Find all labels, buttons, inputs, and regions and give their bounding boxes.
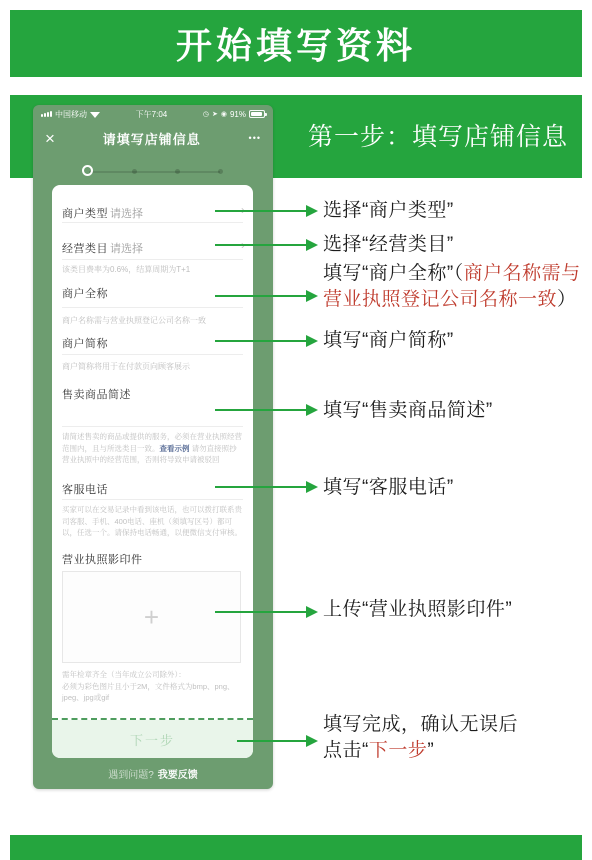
annotation-arrow-merchant-full-name [215, 295, 306, 297]
divider [62, 307, 243, 308]
progress-line [89, 171, 220, 173]
page-title: 开始填写资料 [176, 18, 416, 69]
annotation-red-text: 下一步 [369, 740, 428, 761]
license-copy-label: 营业执照影印件 [62, 551, 143, 567]
status-bar: 中国移动 下午7:04 ◷ ➤ ◉ 91% [33, 105, 273, 123]
close-icon[interactable]: × [45, 130, 55, 147]
store-info-form-card: 商户类型 请选择 › 经营类目 请选择 › 该类目费率为0.6%，结算周期为T+… [52, 185, 253, 758]
annotation-arrow-merchant-short-name [215, 340, 306, 342]
step-label: 第一步：填写店铺信息 [308, 117, 568, 153]
feedback-link[interactable]: 我要反馈 [158, 770, 198, 781]
plus-icon: + [144, 604, 159, 630]
wifi-icon [90, 112, 100, 118]
annotation-arrow-service-phone [215, 486, 306, 488]
merchant-full-name-label: 商户全称 [62, 285, 108, 301]
annotation-license-copy: 上传“营业执照影印件” [323, 597, 512, 623]
tutorial-page: 开始填写资料 第一步：填写店铺信息 中国移动 下午7:04 ◷ ➤ ◉ 91% … [0, 0, 592, 860]
divider [62, 222, 243, 223]
progress-step-current [82, 165, 93, 176]
merchant-type-select[interactable]: 请选择 [110, 205, 143, 221]
service-phone-label: 客服电话 [62, 481, 108, 497]
top-banner: 开始填写资料 [10, 10, 582, 77]
merchant-type-label: 商户类型 [62, 205, 108, 221]
progress-step-dot [175, 169, 180, 174]
signal-bars-icon [41, 111, 52, 117]
annotation-service-phone: 填写“客服电话” [323, 475, 454, 501]
alarm-icon: ◷ [203, 110, 209, 118]
annotation-arrow-business-category [215, 244, 306, 246]
view-example-link[interactable]: 查看示例 [160, 444, 190, 453]
annotation-next-step: 填写完成，确认无误后点击“下一步” [323, 712, 587, 764]
category-rate-hint: 该类目费率为0.6%，结算周期为T+1 [62, 264, 243, 275]
divider [62, 426, 243, 427]
license-upload-box[interactable]: + [62, 571, 241, 663]
battery-icon [249, 110, 265, 118]
more-icon[interactable]: ••• [249, 133, 261, 143]
annotation-arrow-merchant-type [215, 210, 306, 212]
feedback-row: 遇到问题?我要反馈 [33, 766, 273, 781]
feedback-prefix: 遇到问题? [108, 770, 154, 781]
annotation-merchant-short-name: 填写“商户简称” [323, 328, 454, 354]
nav-bar: × 请填写店铺信息 ••• [33, 123, 273, 153]
progress-step-dot [218, 169, 223, 174]
divider [62, 354, 243, 355]
divider [62, 499, 243, 500]
annotation-arrow-license-copy [215, 611, 306, 613]
annotation-arrow-next-step [237, 740, 306, 742]
carrier-label: 中国移动 [55, 109, 87, 120]
annotation-goods-description: 填写“售卖商品简述” [323, 398, 493, 424]
bottom-banner [10, 835, 582, 860]
progress-step-dot [132, 169, 137, 174]
business-category-label: 经营类目 [62, 240, 108, 256]
phone-screenshot: 中国移动 下午7:04 ◷ ➤ ◉ 91% × 请填写店铺信息 ••• [33, 105, 273, 789]
annotation-arrow-goods-description [215, 409, 306, 411]
merchant-short-name-hint: 商户简称将用于在付款页向顾客展示 [62, 361, 243, 372]
annotation-business-category: 选择“经营类目” [323, 232, 454, 258]
service-phone-hint: 买家可以在交易记录中看到该电话，也可以拨打联系贵司客服、手机、400电话、座机（… [62, 504, 243, 539]
merchant-short-name-label: 商户简称 [62, 335, 108, 351]
annotation-merchant-full-name: 填写“商户全称”（商户名称需与营业执照登记公司名称一致） [323, 261, 587, 313]
license-copy-hint: 需年检章齐全（当年成立公司除外）：必须为彩色图片且小于2M，文件格式为bmp、p… [62, 669, 243, 704]
divider [62, 259, 243, 260]
goods-description-hint: 请简述售卖的商品或提供的服务，必须在营业执照经营范围内，且与所选类目一致。查看示… [62, 431, 243, 466]
annotation-merchant-type: 选择“商户类型” [323, 198, 454, 224]
goods-description-label: 售卖商品简述 [62, 386, 131, 402]
merchant-full-name-hint: 商户名称需与营业执照登记公司名称一致 [62, 315, 243, 326]
location-arrow-icon: ➤ [212, 110, 218, 118]
next-step-button[interactable]: 下一步 [52, 720, 253, 758]
clock-label: 下午7:04 [100, 109, 203, 120]
orientation-lock-icon: ◉ [221, 110, 227, 118]
nav-title: 请填写店铺信息 [55, 129, 249, 148]
battery-percent-label: 91% [230, 110, 246, 119]
business-category-select[interactable]: 请选择 [110, 240, 143, 256]
